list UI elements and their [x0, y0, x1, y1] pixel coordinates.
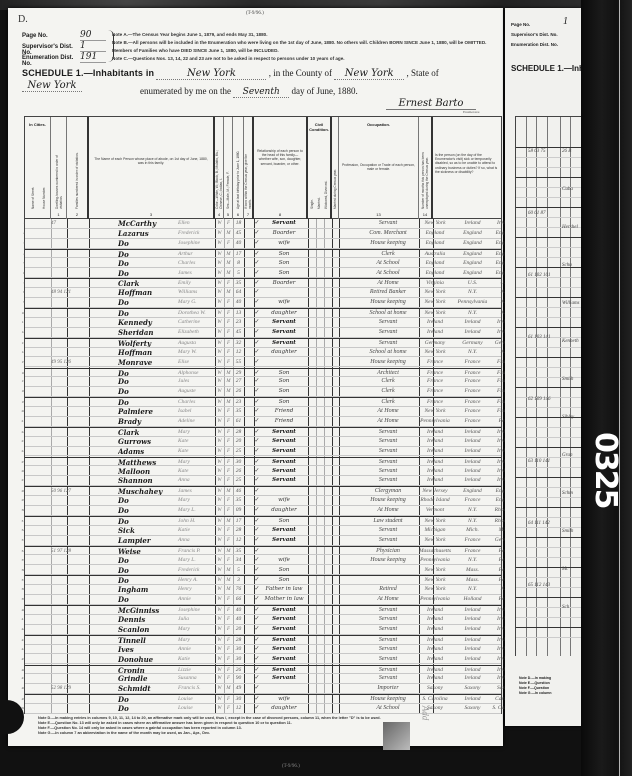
dwelling-family-number [51, 476, 91, 485]
line-number: 19 [19, 398, 25, 406]
sex-cell: M [224, 398, 233, 406]
relationship-cell: Boarder [261, 279, 307, 287]
surname-cell: Grindle [118, 674, 178, 683]
table-row: 17DoJulesWM27SonClerkFranceFranceFrance✓ [25, 377, 501, 387]
check-mark: ✓ [253, 318, 261, 327]
right-name-fragment: Schm [562, 491, 573, 496]
table-row: 3DoJosephineWF40wifeHouse keepingEngland… [25, 239, 501, 249]
father-birthplace-cell: France [455, 407, 490, 416]
given-name-cell: Mary W. [176, 348, 216, 357]
birthplace-cell: Ireland [415, 615, 455, 624]
age-cell: 35 [233, 496, 244, 505]
line-number: 49 [19, 695, 25, 703]
given-name-cell: Arthur [176, 250, 216, 258]
surname-cell: Do [118, 298, 178, 307]
father-birthplace-cell: N.Y. [455, 506, 490, 515]
father-birthplace-cell: Saxony [455, 684, 490, 693]
color-cell: W [215, 476, 224, 485]
surname-cell: Do [118, 576, 178, 584]
given-name-cell: Henry [176, 585, 216, 594]
dwelling-family-number [51, 704, 91, 713]
age-cell: 25 [233, 476, 244, 485]
dwelling-family-number [51, 458, 91, 466]
sex-cell: F [224, 318, 233, 327]
right-name-fragment: Smith [562, 377, 573, 382]
header-age: Age at last birthday prior to June 1, 18… [233, 117, 244, 219]
father-birthplace-cell: England [455, 487, 490, 495]
given-name-cell: Ellen [176, 219, 216, 228]
table-row: 9DoMary G.WF40wifeHouse keepingNew YorkP… [25, 298, 501, 308]
color-cell: W [215, 547, 224, 555]
given-name-cell: James [176, 487, 216, 495]
father-birthplace-cell: Ireland [455, 447, 490, 456]
right-name-fragment: Sch [562, 605, 569, 610]
color-cell: W [215, 369, 224, 377]
age-cell: 17 [233, 517, 244, 525]
sex-cell: F [224, 298, 233, 307]
relationship-cell [261, 288, 307, 297]
color-cell: W [215, 447, 224, 456]
right-dwelling-number: 61 102 101 [528, 273, 551, 278]
surname-cell: Do [118, 377, 178, 386]
relationship-cell [261, 547, 307, 555]
sex-cell: F [224, 606, 233, 614]
relationship-cell: Servant [261, 219, 307, 228]
relationship-cell: Servant [261, 674, 307, 683]
age-cell: 64 [233, 288, 244, 297]
sex-cell: F [224, 428, 233, 436]
check-mark: ✓ [253, 556, 261, 565]
relationship-cell: daughter [261, 309, 307, 317]
birthplace-cell: Ireland [415, 328, 455, 337]
line-number: 1 [19, 219, 25, 228]
birthplace-cell: Vermont [415, 506, 455, 515]
check-mark: ✓ [253, 606, 261, 614]
father-birthplace-cell: Ireland [455, 625, 490, 634]
header-color: Color—White, W.; Black, B.; Mulatto, Mu.… [215, 117, 224, 219]
line-number: 26 [19, 467, 25, 476]
right-dwelling-number: 64 111 142 [528, 521, 550, 526]
age-cell: 55 [233, 358, 244, 367]
table-row: 22ClarkMaryWF28ServantServantIrelandIrel… [25, 427, 501, 437]
line-number: 38 [19, 585, 25, 594]
surname-cell: Do [118, 269, 178, 278]
age-cell: 76 [233, 585, 244, 594]
sex-cell: F [224, 496, 233, 505]
birthplace-cell: Ireland [415, 318, 455, 327]
check-mark: ✓ [253, 674, 261, 683]
surname-cell: Lampier [118, 536, 178, 545]
father-birthplace-cell: Ireland [455, 666, 490, 674]
ink-stamp [383, 722, 410, 750]
state-value: New York [22, 80, 82, 92]
right-name-fragment: Mc [562, 567, 568, 572]
sex-cell: F [224, 407, 233, 416]
relationship-cell: Son [261, 566, 307, 575]
sex-cell: M [224, 547, 233, 555]
check-mark: ✓ [253, 636, 261, 644]
check-mark: ✓ [253, 447, 261, 456]
dwelling-family-number [51, 417, 91, 426]
line-number: 28 [19, 487, 25, 495]
color-cell: W [215, 219, 224, 228]
table-row: 46CroninLizzieWF26ServantServantIrelandI… [25, 665, 501, 675]
surname-cell: McGinniss [118, 606, 178, 614]
table-row: 1549 95 126MonraveEliseWF55House keeping… [25, 358, 501, 368]
check-mark: ✓ [253, 666, 261, 674]
dwelling-family-number [51, 229, 91, 238]
surname-cell: Weise [118, 547, 178, 555]
dwelling-family-number: 51 97 128 [51, 547, 91, 555]
county-value: New York [334, 68, 404, 80]
table-row: 27ShannonAnnaWF25ServantServantIrelandIr… [25, 476, 501, 486]
father-birthplace-cell: Mass. [455, 576, 490, 584]
table-row: 4852 98 129SchmidtFrancis S.WM49Importer… [25, 684, 501, 694]
line-number: 21 [19, 417, 25, 426]
birthplace-cell: New York [415, 585, 455, 594]
age-cell: 17 [233, 250, 244, 258]
father-birthplace-cell: Mich. [455, 526, 490, 535]
table-row: 33LampierAnnaWF12ServantServantNew YorkF… [25, 536, 501, 546]
enumeration-value: 191 [80, 52, 106, 63]
line-number: 29 [19, 496, 25, 505]
color-cell: W [215, 684, 224, 693]
given-name-cell: Kate [176, 437, 216, 446]
check-mark: ✓ [253, 387, 261, 396]
color-cell: W [215, 407, 224, 416]
line-number: 11 [19, 318, 25, 327]
father-birthplace-cell: N.Y. [455, 556, 490, 565]
enumerated-prefix: enumerated by me on the [140, 86, 231, 96]
birthplace-cell: France [415, 358, 455, 367]
given-name-cell: Mary L. [176, 556, 216, 565]
check-mark: ✓ [253, 219, 261, 228]
sex-cell: M [224, 250, 233, 258]
relationship-cell: Servant [261, 655, 307, 664]
age-cell: 40 [233, 615, 244, 624]
surname-cell: Do [118, 398, 178, 406]
check-mark: ✓ [253, 250, 261, 258]
age-cell: 66 [233, 595, 244, 604]
sex-cell: F [224, 666, 233, 674]
surname-cell: Cronin [118, 666, 178, 674]
age-cell: 13 [233, 309, 244, 317]
right-dwelling-number: 63 110 141 [528, 459, 550, 464]
table-row: 11KennedyCatherineWF23ServantServantIrel… [25, 318, 501, 328]
header-family: Families numbered in order of visitation… [67, 117, 89, 219]
sex-cell: F [224, 615, 233, 624]
line-number: 4 [19, 250, 25, 258]
age-cell: 3 [233, 576, 244, 584]
surname-cell: Sheridan [118, 328, 178, 337]
father-birthplace-cell: Ireland [455, 476, 490, 485]
father-birthplace-cell: England [455, 229, 490, 238]
father-birthplace-cell: Holland [455, 595, 490, 604]
given-name-cell: Kate [176, 467, 216, 476]
surname-cell: Do [118, 239, 178, 248]
birthplace-cell: France [415, 398, 455, 406]
dwelling-family-number [51, 369, 91, 377]
sex-cell: F [224, 467, 233, 476]
birthplace-cell: New York [415, 407, 455, 416]
given-name-cell: Annie [176, 645, 216, 654]
color-cell: W [215, 458, 224, 466]
birthplace-cell: Germany [415, 339, 455, 347]
sex-cell: M [224, 387, 233, 396]
line-number: 5 [19, 259, 25, 268]
sex-cell: F [224, 476, 233, 485]
table-row: 41DennisJuliaWF40ServantServantIrelandIr… [25, 615, 501, 625]
line-number: 43 [19, 636, 25, 644]
given-name-cell: Susanna [176, 674, 216, 683]
age-cell: 23 [233, 318, 244, 327]
right-notes: Note D.—In making Note E.—Question Note … [519, 676, 551, 696]
surname-cell: Sick [118, 526, 178, 535]
birthplace-cell: New York [415, 298, 455, 307]
relationship-cell: Servant [261, 526, 307, 535]
age-cell: 30 [233, 645, 244, 654]
given-name-cell: Mary [176, 636, 216, 644]
father-birthplace-cell: N.Y. [455, 517, 490, 525]
given-name-cell: Elizabeth [176, 328, 216, 337]
age-cell: 26 [233, 387, 244, 396]
sex-cell: F [224, 674, 233, 683]
color-cell: W [215, 636, 224, 644]
relationship-cell: Father in law [261, 585, 307, 594]
header-in-cities: In Cities. Name of Street. House Number. [25, 117, 51, 219]
birthplace-cell: England [415, 229, 455, 238]
birthplace-cell: Virginia [415, 279, 455, 287]
check-mark: ✓ [253, 547, 261, 555]
table-row: 13WolfertyAugustaWF32ServantServantGerma… [25, 338, 501, 348]
sex-cell: F [224, 704, 233, 713]
check-mark: ✓ [253, 467, 261, 476]
father-birthplace-cell: N.Y. [455, 309, 490, 317]
given-name-cell: Mary [176, 458, 216, 466]
surname-cell: Kennedy [118, 318, 178, 327]
sex-cell: F [224, 458, 233, 466]
father-birthplace-cell: Ireland [455, 219, 490, 228]
age-cell: 34 [233, 556, 244, 565]
color-cell: W [215, 467, 224, 476]
birthplace-cell: Ireland [415, 625, 455, 634]
father-birthplace-cell: France [455, 358, 490, 367]
sex-cell: F [224, 328, 233, 337]
father-birthplace-cell: Germany [455, 339, 490, 347]
relationship-cell: Friend [261, 407, 307, 416]
relationship-cell: Son [261, 576, 307, 584]
age-cell: 18 [233, 219, 244, 228]
dwelling-family-number [51, 348, 91, 357]
surname-cell: Do [118, 704, 178, 713]
color-cell: W [215, 695, 224, 703]
age-cell: 30 [233, 458, 244, 466]
color-cell: W [215, 328, 224, 337]
right-name-fragment: Williams [562, 301, 580, 306]
table-row: 12SheridanElizabethWF45ServantServantIre… [25, 328, 501, 338]
color-cell: W [215, 674, 224, 683]
dwelling-family-number [51, 496, 91, 505]
table-row: 26MalloonKateWF26ServantServantIrelandIr… [25, 467, 501, 477]
surname-cell: Scanlon [118, 625, 178, 634]
surname-cell: Do [118, 250, 178, 258]
birthplace-cell: Ireland [415, 476, 455, 485]
age-cell: 35 [233, 547, 244, 555]
table-row: 47GrindleSusannaWF90ServantServantIrelan… [25, 674, 501, 684]
table-row: 24AdamsKateWF25ServantServantIrelandIrel… [25, 447, 501, 457]
color-cell: W [215, 339, 224, 347]
father-birthplace-cell: Saxony [455, 704, 490, 713]
age-cell: 46 [233, 487, 244, 495]
right-table: 58 63 7560 61 8761 102 10161 103 14162 1… [515, 116, 581, 656]
age-cell: 30 [233, 695, 244, 703]
note-c: Note C.—Questions Nos. 13, 14, 22 and 23… [112, 55, 492, 63]
check-mark: ✓ [253, 506, 261, 515]
line-number: 33 [19, 536, 25, 545]
frame-number: 0325 [590, 432, 620, 508]
right-dwelling-number: 60 61 87 [528, 211, 546, 216]
line-number: 32 [19, 526, 25, 535]
state-label: , State of [406, 68, 438, 78]
dwelling-family-number [51, 695, 91, 703]
sex-cell: F [224, 437, 233, 446]
relationship-cell: Son [261, 250, 307, 258]
sex-cell: F [224, 339, 233, 347]
line-number: 47 [19, 674, 25, 683]
age-cell: 29 [233, 369, 244, 377]
surname-cell: Brady [118, 417, 178, 426]
age-cell: 26 [233, 666, 244, 674]
relationship-cell: wife [261, 298, 307, 307]
surname-cell: Do [118, 387, 178, 396]
age-cell: 12 [233, 704, 244, 713]
color-cell: W [215, 576, 224, 584]
given-name-cell: Mary G. [176, 298, 216, 307]
table-row: 45DonohueKatieWF30ServantServantIrelandI… [25, 655, 501, 665]
sex-cell: M [224, 288, 233, 297]
given-name-cell: Alphonse [176, 369, 216, 377]
relationship-cell: Servant [261, 645, 307, 654]
surname-cell: Shannon [118, 476, 178, 485]
relationship-cell: wife [261, 556, 307, 565]
father-birthplace-cell: France [455, 387, 490, 396]
age-cell: 61 [233, 417, 244, 426]
color-cell: W [215, 536, 224, 545]
relationship-cell: Servant [261, 318, 307, 327]
check-mark: ✓ [253, 428, 261, 436]
relationship-cell: Servant [261, 339, 307, 347]
father-birthplace-cell: France [455, 496, 490, 505]
father-birthplace-cell: England [455, 250, 490, 258]
relationship-cell: Servant [261, 447, 307, 456]
check-mark: ✓ [253, 487, 261, 495]
color-cell: W [215, 428, 224, 436]
table-row: 29DoMaryWF35wifeHouse keepingRhode Islan… [25, 496, 501, 506]
relationship-cell: Servant [261, 615, 307, 624]
given-name-cell: Elise [176, 358, 216, 367]
dwelling-family-number [51, 259, 91, 268]
father-birthplace-cell: Ireland [455, 467, 490, 476]
sex-cell: M [224, 585, 233, 594]
color-cell: W [215, 398, 224, 406]
father-birthplace-cell: Ireland [455, 606, 490, 614]
line-number: 14 [19, 348, 25, 357]
color-cell: W [215, 506, 224, 515]
microfilm-spine [581, 0, 632, 776]
dwelling-family-number [51, 250, 91, 258]
color-cell: W [215, 666, 224, 674]
check-mark: ✓ [253, 437, 261, 446]
line-number: 2 [19, 229, 25, 238]
age-cell: 09 [233, 506, 244, 515]
birthplace-cell: France [415, 369, 455, 377]
check-mark: ✓ [253, 298, 261, 307]
relationship-cell: wife [261, 239, 307, 248]
father-birthplace-cell: Pennsylvania [455, 298, 490, 307]
surname-cell: Schmidt [118, 684, 178, 693]
check-mark: ✓ [253, 407, 261, 416]
table-row: 36DoFrederickWM5SonNew YorkMass.Penn.✓ [25, 566, 501, 576]
table-row: 16DoAlphonseWM29SonArchitectFranceFrance… [25, 368, 501, 378]
right-name-fragment: Cuba [562, 187, 573, 192]
father-birthplace-cell: England [455, 269, 490, 278]
check-mark: ✓ [253, 595, 261, 604]
color-cell: W [215, 645, 224, 654]
relationship-cell: daughter [261, 506, 307, 515]
table-row: 2850 96 127MuschaheyJamesWM46ClergymanNe… [25, 486, 501, 496]
dwelling-family-number [51, 585, 91, 594]
table-row: 37DoHenry A.WM3SonNew YorkMass.Penn.✓ [25, 575, 501, 585]
header-months-unemployed: Number of months this person has been un… [419, 117, 433, 219]
sex-cell: F [224, 655, 233, 664]
table-row: 848 94 121HoffmanWilliamsWM64Retired Ban… [25, 288, 501, 298]
surname-cell: Do [118, 566, 178, 575]
line-number: 31 [19, 517, 25, 525]
color-cell: W [215, 615, 224, 624]
header-married-year: Married during Census year. [332, 117, 339, 219]
sex-cell: F [224, 636, 233, 644]
relationship-cell: Servant [261, 666, 307, 674]
dwelling-family-number [51, 407, 91, 416]
given-name-cell: Kate [176, 447, 216, 456]
sex-cell: M [224, 259, 233, 268]
line-number: 34 [19, 547, 25, 555]
birthplace-cell: New York [415, 536, 455, 545]
relationship-cell: Friend [261, 417, 307, 426]
check-mark: ✓ [253, 695, 261, 703]
surname-cell: Donohue [118, 655, 178, 664]
father-birthplace-cell: France [455, 417, 490, 426]
birthplace-cell: Ireland [415, 645, 455, 654]
age-cell: 35 [233, 279, 244, 287]
dwelling-family-number [51, 339, 91, 347]
dwelling-family-number [51, 517, 91, 525]
color-cell: W [215, 348, 224, 357]
given-name-cell: Williams [176, 288, 216, 297]
relationship-cell: Servant [261, 536, 307, 545]
color-cell: W [215, 309, 224, 317]
line-number: 46 [19, 666, 25, 674]
dwelling-family-number: 47 [51, 219, 91, 228]
sex-cell: F [224, 506, 233, 515]
surname-cell: Malloon [118, 467, 178, 476]
father-birthplace-cell: Ireland [455, 318, 490, 327]
father-birthplace-cell: France [455, 369, 490, 377]
sex-cell: F [224, 358, 233, 367]
dwelling-family-number [51, 428, 91, 436]
birthplace-cell: Massachusetts [415, 547, 455, 555]
dwelling-family-number [51, 467, 91, 476]
